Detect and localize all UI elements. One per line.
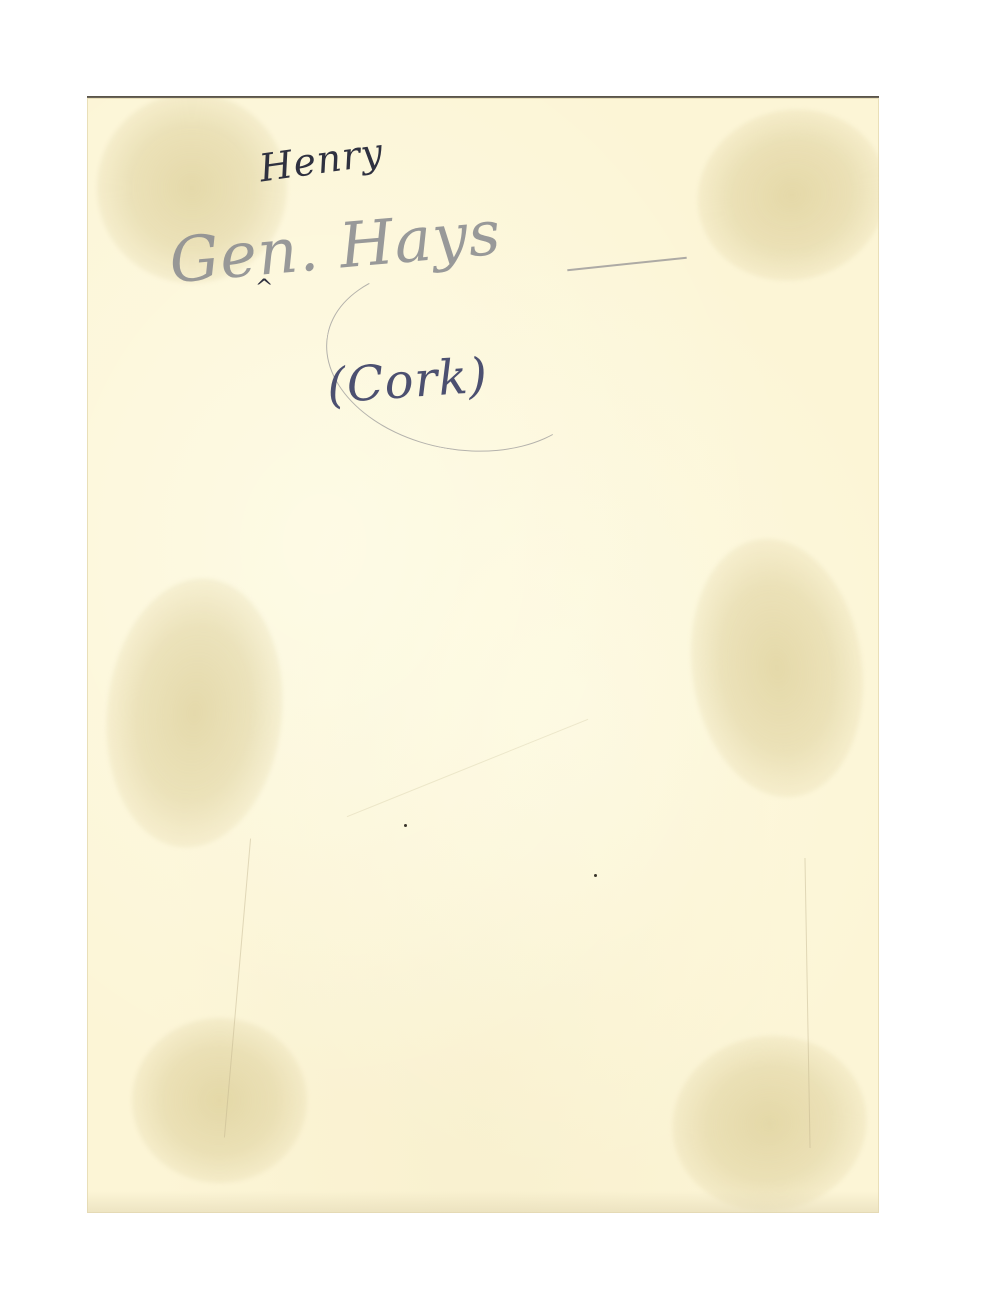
photo-card-back: Henry Gen. Hays ^ (Cork) (87, 97, 879, 1213)
crease-line-diagonal (347, 719, 588, 817)
glue-stain-top-right (678, 97, 879, 302)
inscription-place-note: (Cork) (325, 347, 490, 414)
inscription-first-name: Henry (257, 130, 387, 191)
ink-speck (594, 874, 597, 877)
glue-stain-bottom-right (658, 1020, 879, 1213)
pen-flourish-stroke (567, 257, 687, 272)
glue-stain-middle-right (675, 527, 879, 808)
glue-stain-middle-left (93, 570, 295, 857)
inscription-caret-mark: ^ (255, 276, 274, 301)
glue-stain-bottom-left (132, 1018, 307, 1183)
ink-speck (404, 824, 407, 827)
